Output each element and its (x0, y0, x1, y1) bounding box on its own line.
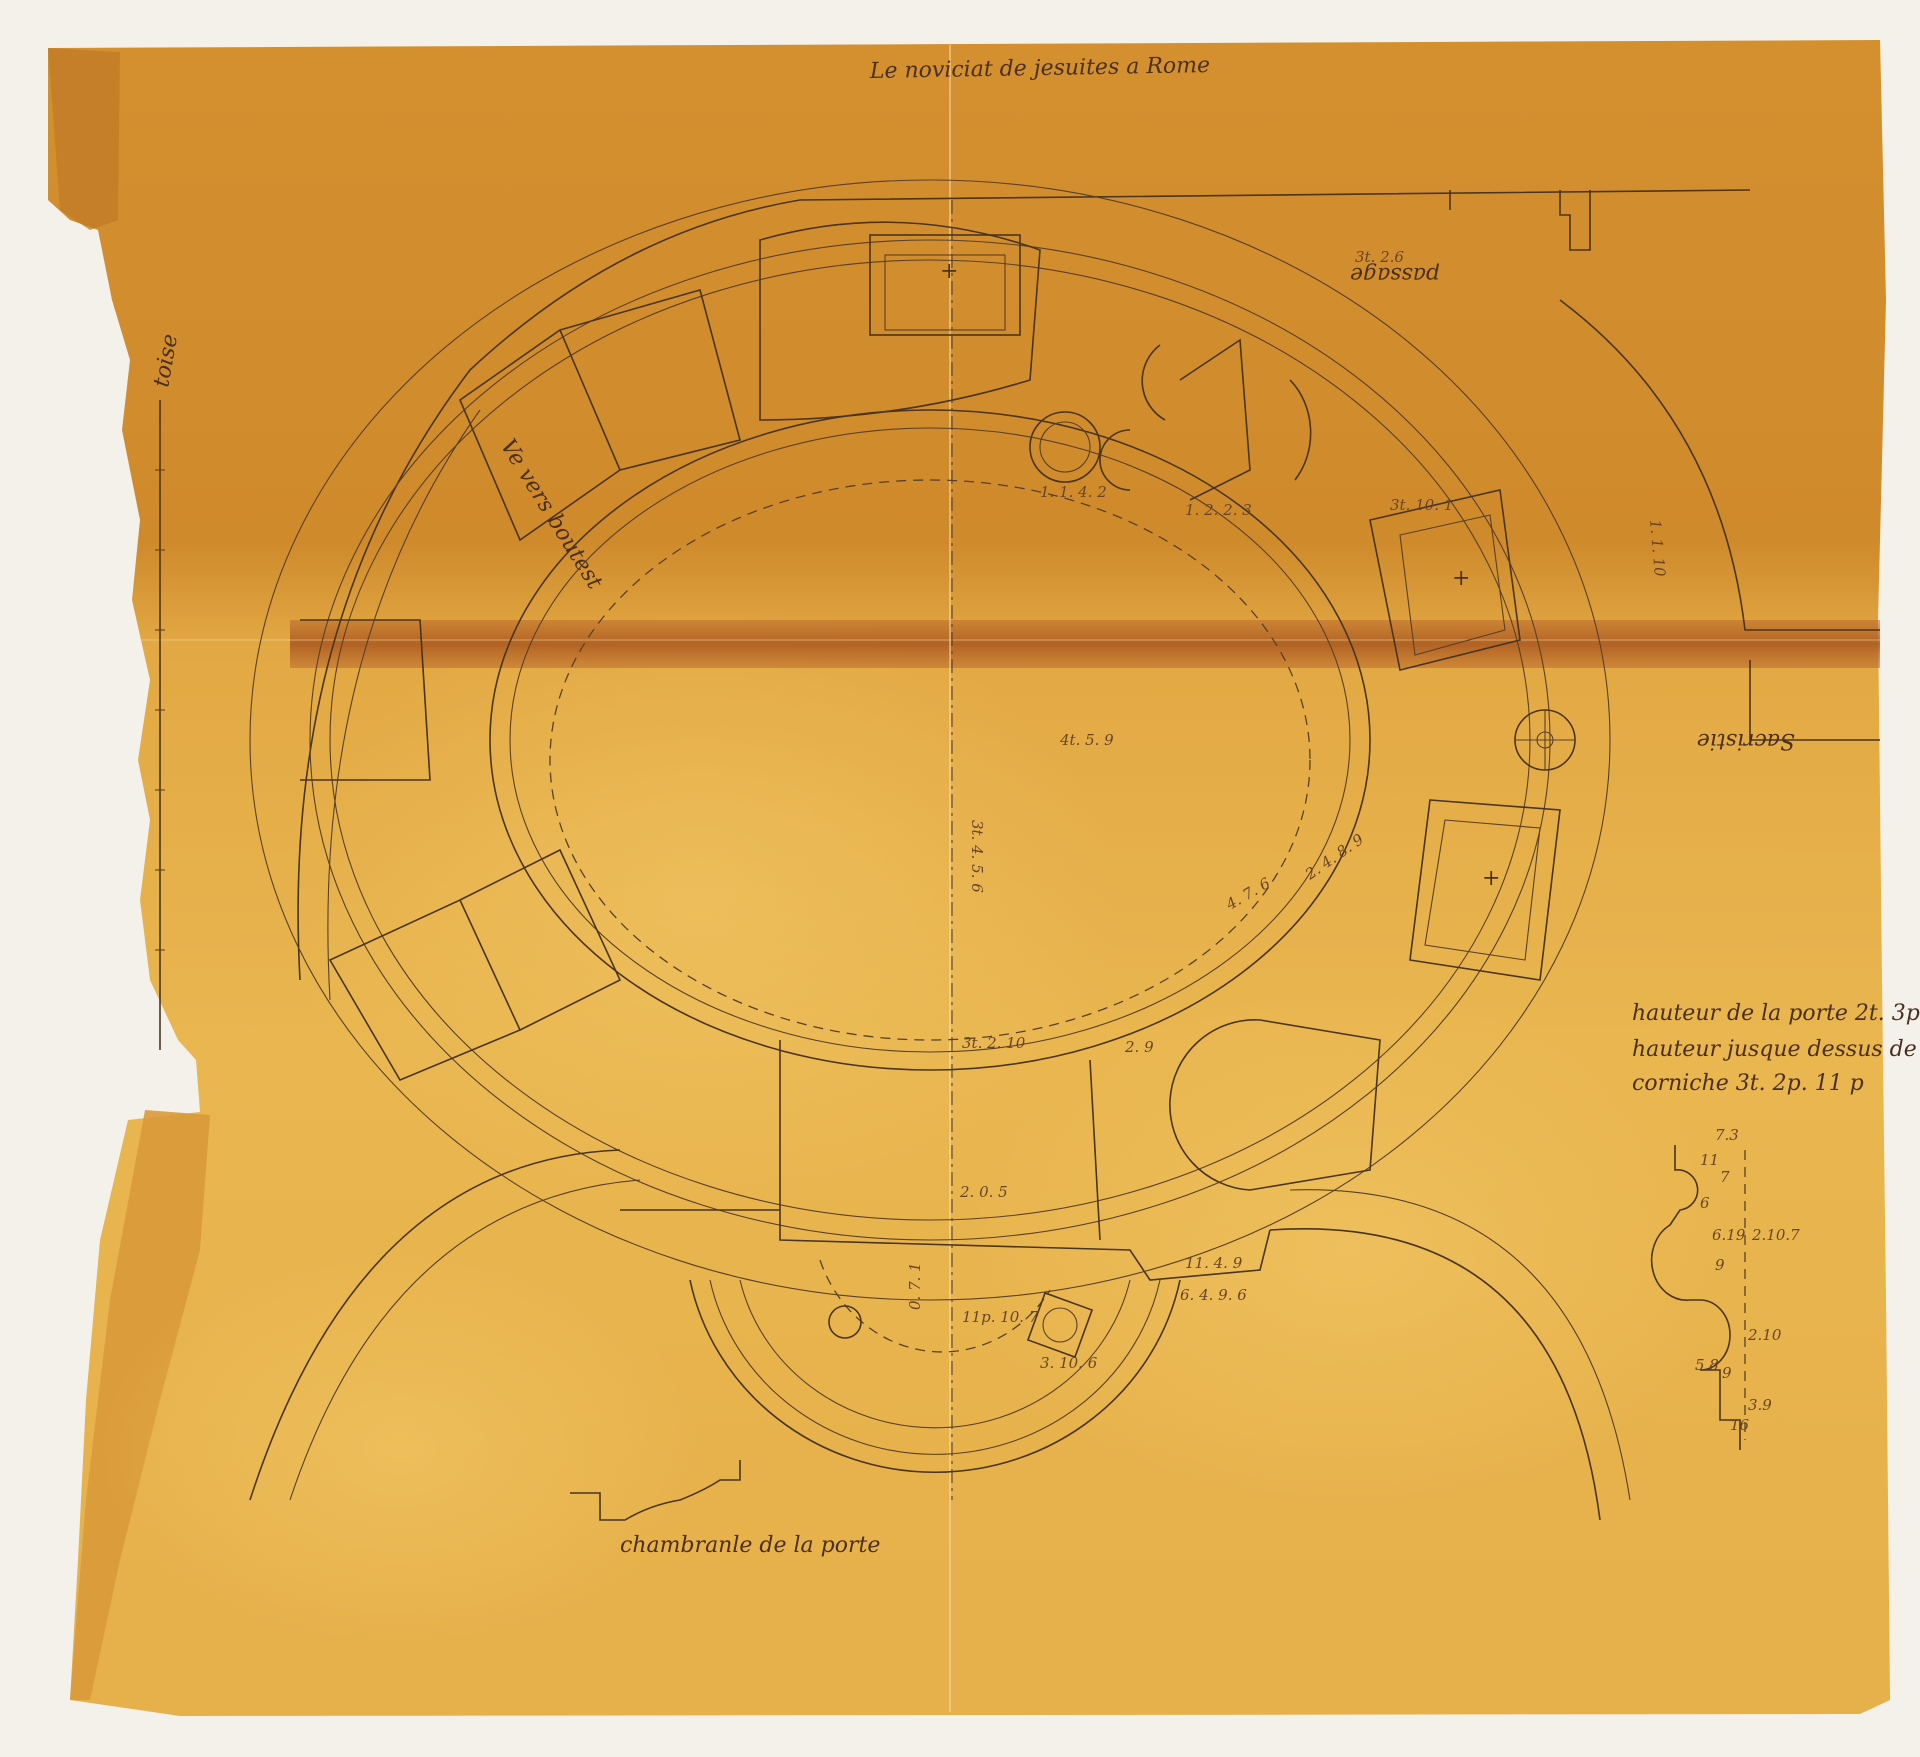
stain-band (290, 620, 1880, 668)
label-sacristie: Sacristie (1697, 728, 1795, 753)
svg-text:+: + (1452, 566, 1470, 591)
svg-text:7: 7 (1720, 1168, 1730, 1186)
dim-entrance-a: 2. 0. 5 (959, 1183, 1008, 1201)
dim-column-left: 0. 7. 1 (906, 1262, 924, 1310)
dim-lower-axis: 3t. 2. 10 (962, 1034, 1026, 1052)
dim-column-pedestal: 3. 10. 6 (1040, 1354, 1098, 1372)
svg-text:hauteur jusque dessus de la: hauteur jusque dessus de la (1632, 1037, 1920, 1062)
svg-text:11: 11 (1700, 1151, 1719, 1169)
svg-text:2.10.7: 2.10.7 (1751, 1226, 1800, 1244)
dim-entrance-b: 11p. 10. 7 (962, 1308, 1039, 1326)
architectural-plan-sheet: + + + (0, 0, 1920, 1757)
dim-chapel-arc: 1. 2. 2. 3 (1185, 501, 1252, 519)
svg-text:5.8: 5.8 (1695, 1356, 1719, 1374)
svg-text:+: + (940, 259, 958, 284)
dim-entrance-c: 11. 4. 9 (1185, 1254, 1243, 1272)
dim-chapel-top: 1. 1. 4. 2 (1040, 483, 1107, 501)
svg-text:corniche 3t. 2p. 11 p: corniche 3t. 2p. 11 p (1632, 1071, 1864, 1096)
bottom-note: chambranle de la porte (620, 1533, 880, 1558)
svg-text:6: 6 (1700, 1194, 1710, 1212)
svg-text:16: 16 (1730, 1416, 1750, 1434)
dim-entrance-d: 6. 4. 9. 6 (1180, 1286, 1247, 1304)
dim-side-chapel: 3t. 10. 1 (1390, 496, 1453, 514)
svg-text:hauteur de la porte 2t. 3p. 11: hauteur de la porte 2t. 3p. 11 (1632, 1001, 1920, 1026)
svg-text:9: 9 (1715, 1256, 1725, 1274)
svg-text:2.10: 2.10 (1747, 1326, 1782, 1344)
dim-nave-width: 4t. 5. 9 (1059, 731, 1114, 749)
svg-text:+: + (1482, 866, 1500, 891)
svg-text:3.9: 3.9 (1748, 1396, 1772, 1414)
dim-vertical-axis: 3t. 4. 5. 6 (968, 820, 986, 893)
svg-text:7.3: 7.3 (1715, 1126, 1739, 1144)
dim-top-room: 3t. 2.6 (1355, 248, 1404, 266)
svg-text:6.19: 6.19 (1712, 1226, 1746, 1244)
svg-text:9: 9 (1722, 1364, 1732, 1382)
dim-lower-niche: 2. 9 (1124, 1038, 1154, 1056)
